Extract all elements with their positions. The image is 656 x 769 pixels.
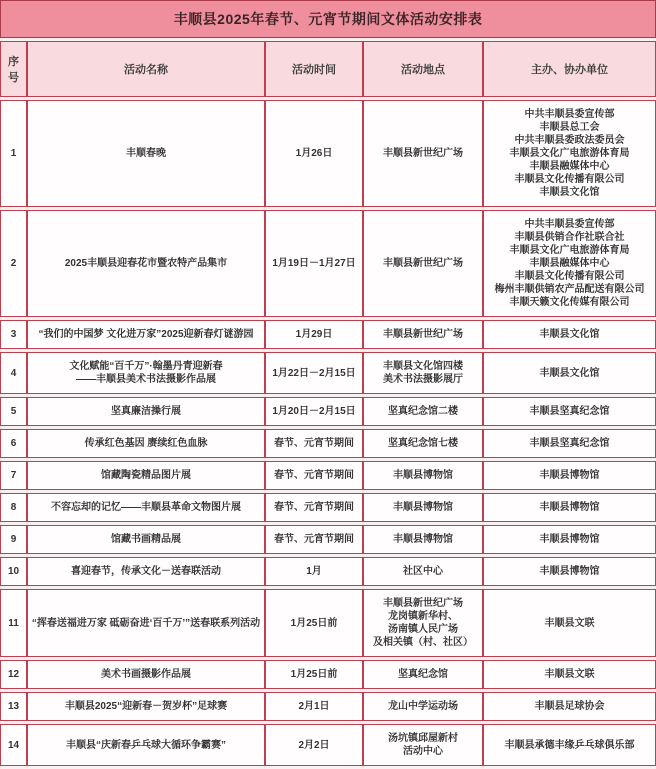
cell-activity-name: 丰顺县“庆新春乒乓球大循环争霸赛” (27, 724, 265, 766)
cell-index: 4 (0, 352, 27, 394)
cell-activity-time: 2月1日 (265, 692, 363, 721)
col-header-activity-place: 活动地点 (363, 41, 483, 97)
cell-index: 14 (0, 724, 27, 766)
cell-activity-place: 汤坑镇邱屋新村 活动中心 (363, 724, 483, 766)
cell-activity-place: 丰顺县博物馆 (363, 493, 483, 522)
page-title: 丰顺县2025年春节、元宵节期间文体活动安排表 (0, 0, 656, 38)
cell-activity-time: 1月29日 (265, 320, 363, 349)
table-row: 13丰顺县2025“迎新春－贺岁杯”足球赛2月1日龙山中学运动场丰顺县足球协会 (0, 692, 656, 721)
cell-organizer: 丰顺县文化馆 (483, 320, 656, 349)
table-row: 1丰顺春晚1月26日丰顺县新世纪广场中共丰顺县委宣传部 丰顺县总工会 中共丰顺县… (0, 100, 656, 207)
cell-activity-place: 坚真纪念馆七楼 (363, 429, 483, 458)
col-header-organizer: 主办、协办单位 (483, 41, 656, 97)
cell-index: 2 (0, 210, 27, 317)
activity-schedule-page: 丰顺县2025年春节、元宵节期间文体活动安排表 序号 活动名称 活动时间 活动地… (0, 0, 656, 769)
table-row: 5坚真廉洁操行展1月20日－2月15日坚真纪念馆二楼丰顺县坚真纪念馆 (0, 397, 656, 426)
cell-activity-name: 传承红色基因 赓续红色血脉 (27, 429, 265, 458)
cell-organizer: 丰顺县文联 (483, 660, 656, 689)
cell-organizer: 丰顺县坚真纪念馆 (483, 397, 656, 426)
cell-activity-name: 坚真廉洁操行展 (27, 397, 265, 426)
cell-organizer: 丰顺县足球协会 (483, 692, 656, 721)
cell-organizer: 丰顺县承德丰缘乒乓球俱乐部 (483, 724, 656, 766)
table-row: 9馆藏书画精品展春节、元宵节期间丰顺县博物馆丰顺县博物馆 (0, 525, 656, 554)
cell-activity-name: 馆藏书画精品展 (27, 525, 265, 554)
cell-organizer: 丰顺县博物馆 (483, 493, 656, 522)
table-row: 11“挥春送福进万家 砥砺奋进‘百千万’”送春联系列活动1月25日前丰顺县新世纪… (0, 589, 656, 657)
cell-organizer: 中共丰顺县委宣传部 丰顺县总工会 中共丰顺县委政法委员会 丰顺县文化广电旅游体育… (483, 100, 656, 207)
cell-activity-name: 馆藏陶瓷精品图片展 (27, 461, 265, 490)
cell-activity-time: 1月26日 (265, 100, 363, 207)
cell-activity-place: 坚真纪念馆 (363, 660, 483, 689)
table-row: 4文化赋能“百千万”·翰墨丹青迎新春 ——丰顺县美术书法摄影作品展1月22日－2… (0, 352, 656, 394)
col-header-index: 序号 (0, 41, 27, 97)
cell-activity-name: 喜迎春节，传承文化－送春联活动 (27, 557, 265, 586)
cell-index: 13 (0, 692, 27, 721)
cell-activity-place: 丰顺县文化馆四楼 美术书法摄影展厅 (363, 352, 483, 394)
cell-index: 12 (0, 660, 27, 689)
cell-activity-time: 春节、元宵节期间 (265, 429, 363, 458)
cell-activity-time: 1月 (265, 557, 363, 586)
cell-activity-place: 坚真纪念馆二楼 (363, 397, 483, 426)
cell-index: 6 (0, 429, 27, 458)
header-row: 序号 活动名称 活动时间 活动地点 主办、协办单位 (0, 41, 656, 97)
cell-activity-name: “挥春送福进万家 砥砺奋进‘百千万’”送春联系列活动 (27, 589, 265, 657)
cell-activity-time: 1月19日－1月27日 (265, 210, 363, 317)
cell-activity-time: 2月2日 (265, 724, 363, 766)
cell-activity-time: 1月22日－2月15日 (265, 352, 363, 394)
cell-activity-name: 不容忘却的记忆——丰顺县革命文物图片展 (27, 493, 265, 522)
cell-activity-place: 社区中心 (363, 557, 483, 586)
cell-activity-time: 春节、元宵节期间 (265, 493, 363, 522)
cell-activity-time: 春节、元宵节期间 (265, 461, 363, 490)
cell-index: 3 (0, 320, 27, 349)
cell-activity-place: 丰顺县博物馆 (363, 461, 483, 490)
table-row: 8不容忘却的记忆——丰顺县革命文物图片展春节、元宵节期间丰顺县博物馆丰顺县博物馆 (0, 493, 656, 522)
table-row: 10喜迎春节，传承文化－送春联活动1月社区中心丰顺县博物馆 (0, 557, 656, 586)
table-body: 1丰顺春晚1月26日丰顺县新世纪广场中共丰顺县委宣传部 丰顺县总工会 中共丰顺县… (0, 100, 656, 766)
cell-activity-place: 丰顺县新世纪广场 (363, 320, 483, 349)
cell-activity-name: 美术书画摄影作品展 (27, 660, 265, 689)
cell-index: 1 (0, 100, 27, 207)
cell-activity-name: 文化赋能“百千万”·翰墨丹青迎新春 ——丰顺县美术书法摄影作品展 (27, 352, 265, 394)
cell-index: 9 (0, 525, 27, 554)
table-row: 14丰顺县“庆新春乒乓球大循环争霸赛”2月2日汤坑镇邱屋新村 活动中心丰顺县承德… (0, 724, 656, 766)
cell-activity-time: 1月20日－2月15日 (265, 397, 363, 426)
table-row: 22025丰顺县迎春花市暨农特产品集市1月19日－1月27日丰顺县新世纪广场中共… (0, 210, 656, 317)
cell-activity-name: 2025丰顺县迎春花市暨农特产品集市 (27, 210, 265, 317)
cell-organizer: 中共丰顺县委宣传部 丰顺县供销合作社联合社 丰顺县文化广电旅游体育局 丰顺县融媒… (483, 210, 656, 317)
cell-organizer: 丰顺县博物馆 (483, 461, 656, 490)
cell-index: 10 (0, 557, 27, 586)
cell-activity-time: 1月25日前 (265, 589, 363, 657)
cell-organizer: 丰顺县博物馆 (483, 557, 656, 586)
cell-activity-place: 丰顺县新世纪广场 龙岗镇新华村、 汤南镇人民广场 及相关镇（村、社区） (363, 589, 483, 657)
cell-organizer: 丰顺县文联 (483, 589, 656, 657)
table-row: 7馆藏陶瓷精品图片展春节、元宵节期间丰顺县博物馆丰顺县博物馆 (0, 461, 656, 490)
cell-organizer: 丰顺县博物馆 (483, 525, 656, 554)
cell-activity-time: 1月25日前 (265, 660, 363, 689)
cell-activity-place: 龙山中学运动场 (363, 692, 483, 721)
cell-index: 7 (0, 461, 27, 490)
cell-activity-name: 丰顺春晚 (27, 100, 265, 207)
table-row: 6传承红色基因 赓续红色血脉春节、元宵节期间坚真纪念馆七楼丰顺县坚真纪念馆 (0, 429, 656, 458)
cell-activity-place: 丰顺县新世纪广场 (363, 210, 483, 317)
cell-organizer: 丰顺县文化馆 (483, 352, 656, 394)
cell-organizer: 丰顺县坚真纪念馆 (483, 429, 656, 458)
cell-activity-place: 丰顺县新世纪广场 (363, 100, 483, 207)
cell-index: 11 (0, 589, 27, 657)
title-row: 丰顺县2025年春节、元宵节期间文体活动安排表 (0, 0, 656, 38)
table-row: 3“我们的中国梦 文化进万家”2025迎新春灯谜游园1月29日丰顺县新世纪广场丰… (0, 320, 656, 349)
cell-activity-place: 丰顺县博物馆 (363, 525, 483, 554)
cell-activity-time: 春节、元宵节期间 (265, 525, 363, 554)
cell-activity-name: 丰顺县2025“迎新春－贺岁杯”足球赛 (27, 692, 265, 721)
table-row: 12美术书画摄影作品展1月25日前坚真纪念馆丰顺县文联 (0, 660, 656, 689)
col-header-activity-name: 活动名称 (27, 41, 265, 97)
cell-index: 8 (0, 493, 27, 522)
schedule-table: 丰顺县2025年春节、元宵节期间文体活动安排表 序号 活动名称 活动时间 活动地… (0, 0, 656, 769)
cell-activity-name: “我们的中国梦 文化进万家”2025迎新春灯谜游园 (27, 320, 265, 349)
cell-index: 5 (0, 397, 27, 426)
col-header-activity-time: 活动时间 (265, 41, 363, 97)
